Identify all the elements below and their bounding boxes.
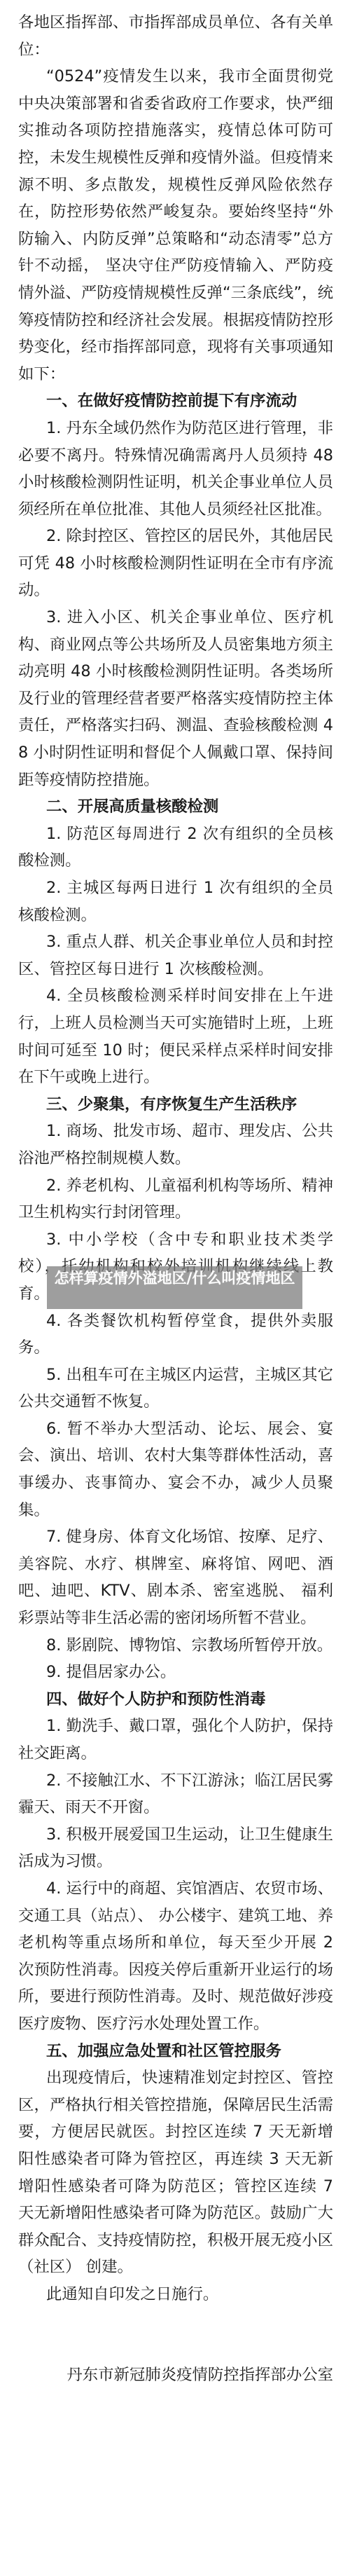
- section-3-item-8: 8. 影剧院、博物馆、宗教场所暂停开放。: [18, 1632, 333, 1659]
- signature: 丹东市新冠肺炎疫情防控指挥部办公室: [18, 2362, 333, 2389]
- section-1-item-3: 3. 进入小区、机关企事业单位、医疗机构、商业网点等公共场所及人员密集地方须主动…: [18, 604, 333, 793]
- section-3-item-4: 4. 各类餐饮机构暂停堂食，提供外卖服务。: [18, 1308, 333, 1362]
- salutation: 各地区指挥部、市指挥部成员单位、各有关单位：: [18, 9, 333, 63]
- section-heading-5: 五、加强应急处置和社区管控服务: [18, 2038, 333, 2065]
- section-3-item-2: 2. 养老机构、儿童福利机构等场所、精神卫生机构实行封闭管理。: [18, 1172, 333, 1226]
- section-3-item-6: 6. 暂不举办大型活动、论坛、展会、宴会、演出、培训、农村大集等群体性活动，喜事…: [18, 1416, 333, 1523]
- section-3-item-7: 7. 健身房、体育文化场馆、按摩、足疗、美容院、水疗、棋牌室、麻将馆、网吧、酒吧…: [18, 1523, 333, 1631]
- signature-spacer: [18, 2308, 333, 2362]
- section-2-item-1: 1. 防范区每周进行 2 次有组织的全员核酸检测。: [18, 821, 333, 875]
- section-3-item-5: 5. 出租车可在主城区内运营，主城区其它公共交通暂不恢复。: [18, 1362, 333, 1416]
- intro-paragraph: “0524”疫情发生以来，我市全面贯彻党中央决策部署和省委省政府工作要求，快严细…: [18, 63, 333, 388]
- section-4-item-4: 4. 运行中的商超、宾馆酒店、农贸市场、交通工具（站点）、 办公楼宇、建筑工地、…: [18, 1875, 333, 2038]
- section-5-paragraph: 出现疫情后，快速精准划定封控区、管控区，严格执行相关管控措施，保障居民生活需要，…: [18, 2064, 333, 2281]
- section-1-item-2: 2. 除封控区、管控区的居民外，其他居民可凭 48 小时核酸检测阴性证明在全市有…: [18, 523, 333, 604]
- notice-document: 各地区指挥部、市指挥部成员单位、各有关单位： “0524”疫情发生以来，我市全面…: [18, 9, 333, 2389]
- section-heading-4: 四、做好个人防护和预防性消毒: [18, 1686, 333, 1713]
- section-2-item-3: 3. 重点人群、机关企事业单位人员和封控区、管控区每日进行 1 次核酸检测。: [18, 929, 333, 982]
- section-2-item-2: 2. 主城区每两日进行 1 次有组织的全员核酸检测。: [18, 875, 333, 929]
- section-heading-3: 三、少聚集，有序恢复生产生活秩序: [18, 1091, 333, 1118]
- closing-line: 此通知自印发之日施行。: [18, 2281, 333, 2308]
- section-1-item-1: 1. 丹东全域仍然作为防范区进行管理，非必要不离丹。特殊情况确需离丹人员须持 4…: [18, 415, 333, 523]
- section-3-item-1: 1. 商场、批发市场、超市、理发店、公共浴池严格控制规模人数。: [18, 1118, 333, 1172]
- section-4-item-1: 1. 勤洗手、戴口罩，强化个人防护，保持社交距离。: [18, 1713, 333, 1767]
- section-4-item-2: 2. 不接触江水、不下江游泳；临江居民雾霾天、雨天不开窗。: [18, 1767, 333, 1821]
- caption-overlay: 怎样算疫情外溢地区/什么叫疫情地区: [47, 1266, 302, 1309]
- section-4-item-3: 3. 积极开展爱国卫生运动，让卫生健康生活成为习惯。: [18, 1821, 333, 1875]
- section-3-item-9: 9. 提倡居家办公。: [18, 1659, 333, 1686]
- section-heading-1: 一、在做好疫情防控前提下有序流动: [18, 388, 333, 415]
- section-2-item-4: 4. 全员核酸检测采样时间安排在上午进行，上班人员检测当天可实施错时上班，上班时…: [18, 982, 333, 1090]
- section-heading-2: 二、开展高质量核酸检测: [18, 793, 333, 821]
